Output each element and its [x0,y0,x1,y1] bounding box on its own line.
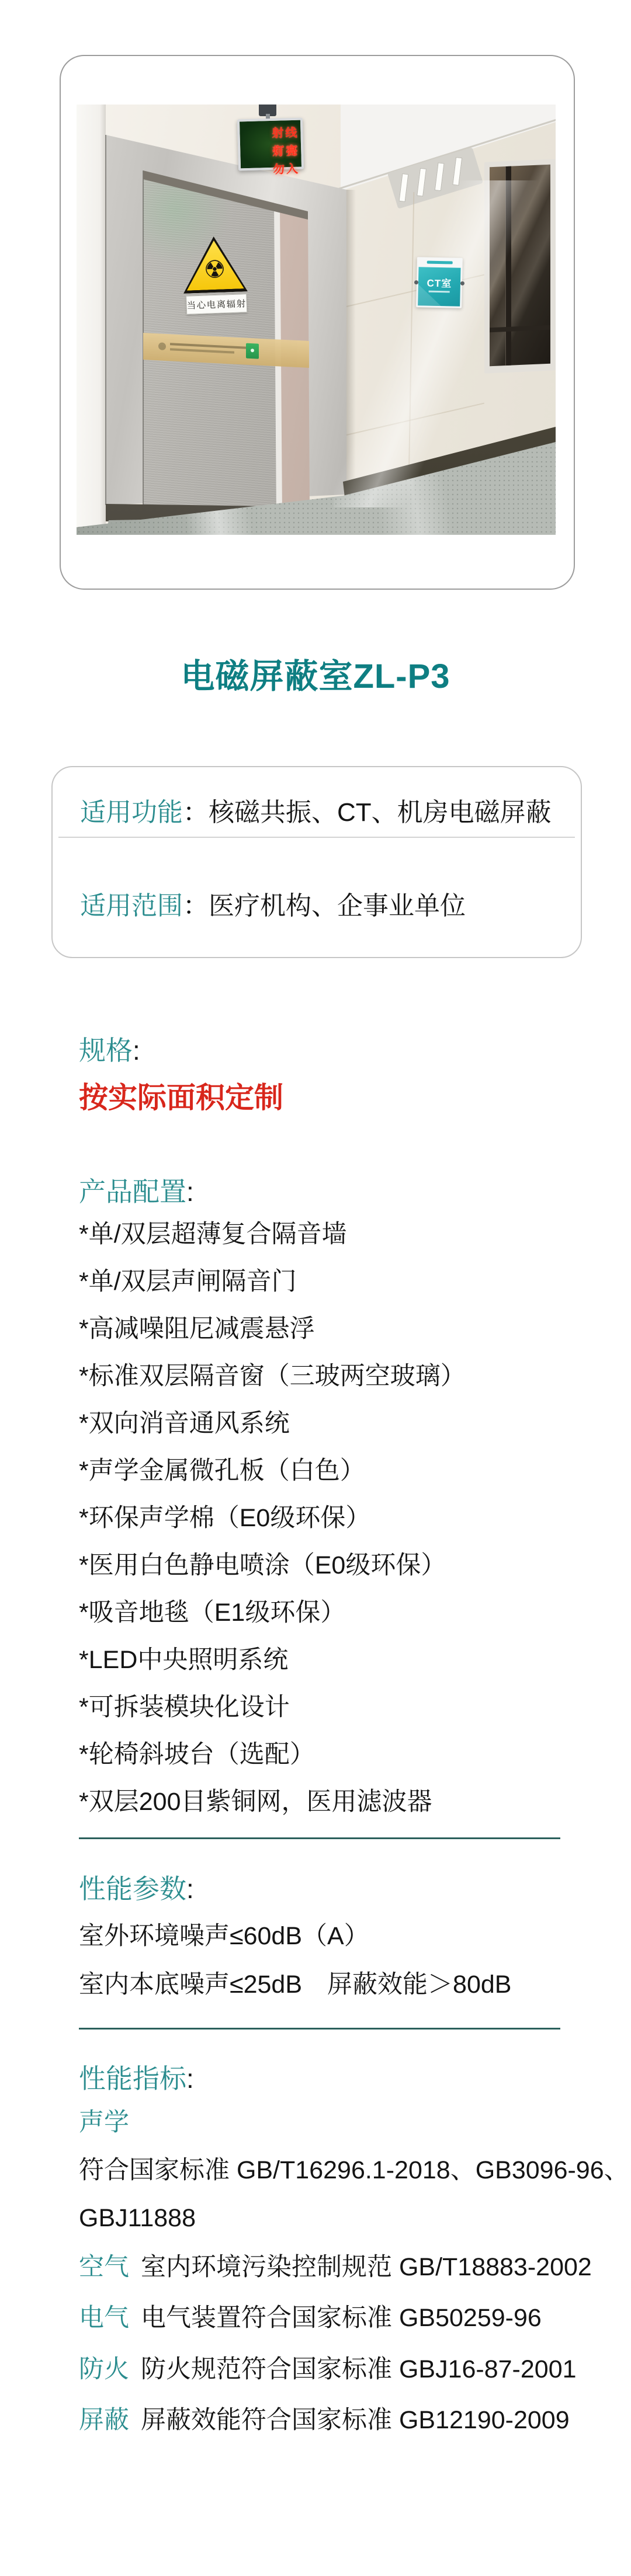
config-item: *吸音地毯（E1级环保） [79,1587,466,1634]
ct-sign-title: CT室 [418,274,461,290]
config-item: *声学金属微孔板（白色） [79,1445,466,1492]
applicable-scope-value: 医疗机构、企事业单位 [209,892,466,920]
config-item: *单/双层声闸隔音门 [79,1256,466,1303]
radiation-led-sign: 射线有害 灯亮勿入 [237,118,304,171]
config-item: *LED中央照明系统 [79,1634,466,1682]
indicator-fire-value: 防火规范符合国家标准 GBJ16-87-2001 [141,2355,577,2385]
ct-sign-pin [460,281,464,286]
green-sticker-dot [251,349,254,352]
warning-caption: 当心电离辐射 [186,294,247,315]
indicators-heading-text: 性能指标 [79,2063,186,2094]
indicator-row-electrical: 电气电气装置符合国家标准 GB50259-96 [79,2303,542,2334]
product-photo[interactable]: 射线有害 灯亮勿入 ☢ 当心电离辐射 [77,105,556,535]
applicable-function-value: 核磁共振、CT、机房电磁屏蔽 [209,798,552,827]
config-list: *单/双层超薄复合隔音墙 *单/双层声闸隔音门 *高减噪阻尼减震悬浮 *标准双层… [79,1209,466,1823]
config-item: *双层200目紫铜网，医用滤波器 [79,1776,466,1823]
params-heading-colon: : [186,1874,194,1904]
indicators-heading: 性能指标: [79,2063,194,2095]
brand-logo-mark [158,342,166,350]
indicator-row-shielding: 屏蔽屏蔽效能符合国家标准 GB12190-2009 [79,2406,570,2436]
indicator-electrical-label: 电气 [79,2303,129,2334]
applicable-function-colon: ： [183,798,209,827]
applicability-box: 适用功能：核磁共振、CT、机房电磁屏蔽 适用范围：医疗机构、企事业单位 [51,766,582,958]
indicator-row-fire: 防火防火规范符合国家标准 GBJ16-87-2001 [79,2355,577,2385]
applicable-function-row: 适用功能：核磁共振、CT、机房电磁屏蔽 [80,798,552,829]
ct-sign-subtext-bar [429,291,450,293]
acoustics-standards-line1: 符合国家标准 GB/T16296.1-2018、GB3096-96、 [79,2156,629,2186]
section-divider [79,1837,560,1839]
spec-value: 按实际面积定制 [79,1080,283,1115]
config-item: *高减噪阻尼减震悬浮 [79,1303,466,1350]
indicator-air-value: 室内环境污染控制规范 GB/T18883-2002 [141,2253,592,2283]
config-heading-colon: : [186,1176,194,1207]
section-divider [79,2028,560,2030]
applicable-scope-row: 适用范围：医疗机构、企事业单位 [80,891,466,922]
indicator-shielding-label: 屏蔽 [79,2406,129,2436]
spec-heading: 规格: [79,1035,140,1067]
acoustics-label: 声学 [79,2108,129,2138]
config-item: *环保声学棉（E0级环保） [79,1492,466,1540]
indicator-fire-label: 防火 [79,2355,129,2385]
indicator-row-air: 空气室内环境污染控制规范 GB/T18883-2002 [79,2253,592,2283]
config-item: *可拆装模块化设计 [79,1682,466,1729]
param-line-indoor-noise: 室内本底噪声≤25dB 屏蔽效能＞80dB [79,1970,511,2000]
applicable-function-label: 适用功能 [80,798,183,827]
indicator-electrical-value: 电气装置符合国家标准 GB50259-96 [141,2303,542,2334]
spec-heading-text: 规格 [79,1035,133,1066]
indicators-heading-colon: : [186,2063,194,2094]
config-item: *标准双层隔音窗（三玻两空玻璃） [79,1350,466,1398]
ct-sign-logo-bar [427,261,453,264]
radiation-led-sign-text: 射线有害 灯亮勿入 [240,124,301,144]
params-heading: 性能参数: [79,1873,194,1905]
applicable-scope-colon: ： [183,892,209,920]
door-frame-edge [105,135,106,505]
config-item: *轮椅斜坡台（选配） [79,1729,466,1776]
applicable-scope-label: 适用范围 [80,892,183,920]
brand-text-bar [170,348,234,353]
photo-left-wall [77,105,106,535]
config-heading: 产品配置: [79,1176,194,1208]
radiation-trefoil-icon: ☢ [182,256,247,283]
config-heading-text: 产品配置 [79,1176,186,1207]
ct-sign-body: CT室 [418,267,460,306]
ct-sign-header [417,257,463,268]
indicator-shielding-value: 屏蔽效能符合国家标准 GB12190-2009 [141,2406,570,2436]
spec-heading-colon: : [133,1035,140,1066]
indicator-air-label: 空气 [79,2253,129,2283]
box-row-divider [58,837,575,838]
product-detail-page: 射线有害 灯亮勿入 ☢ 当心电离辐射 [0,0,631,2576]
config-item: *医用白色静电喷涂（E0级环保） [79,1540,466,1587]
config-item: *单/双层超薄复合隔音墙 [79,1209,466,1256]
green-sticker [246,343,259,359]
param-line-outdoor-noise: 室外环境噪声≤60dB（A） [79,1921,369,1952]
radiation-warning-sign: ☢ 当心电离辐射 [182,235,249,317]
page-title: 电磁屏蔽室ZL-P3 [0,656,631,697]
led-sign-line2: 灯亮勿入 [271,142,302,179]
acoustics-standards-line2: GBJ11888 [79,2203,196,2234]
config-item: *双向消音通风系统 [79,1398,466,1445]
wall-light-sheen [334,180,556,507]
product-photo-card: 射线有害 灯亮勿入 ☢ 当心电离辐射 [60,55,575,590]
params-heading-text: 性能参数 [79,1874,186,1904]
ct-room-sign: CT室 [416,257,463,308]
